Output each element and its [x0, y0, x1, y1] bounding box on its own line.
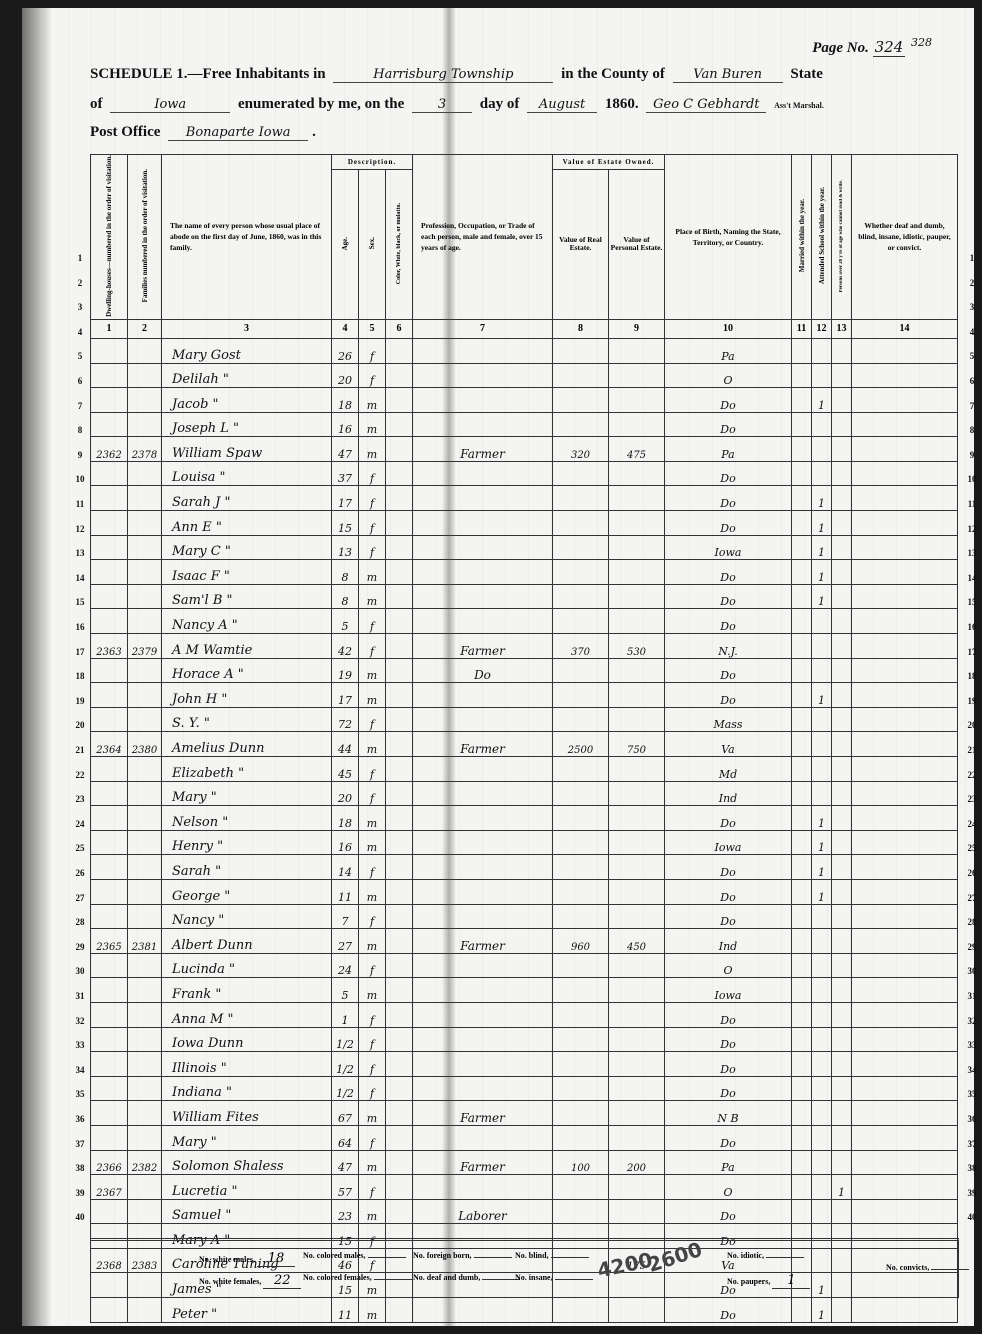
condition-cell — [852, 437, 958, 462]
personal-estate-value-cell — [609, 363, 665, 388]
family-number-cell — [128, 1052, 162, 1077]
birthplace-cell: Do — [665, 486, 792, 511]
married-flag-cell — [792, 732, 812, 757]
family-number-cell — [128, 1125, 162, 1150]
personal-estate-value-cell — [609, 461, 665, 486]
school-flag-cell — [812, 437, 832, 462]
person-name-cell: Amelius Dunn — [162, 732, 332, 757]
occupation-cell — [413, 338, 553, 363]
col-name-header: The name of every person whose usual pla… — [162, 155, 332, 320]
age-cell: 47 — [332, 437, 359, 462]
married-flag-cell — [792, 658, 812, 683]
year-label: 1860. — [605, 96, 639, 112]
illiterate-flag-cell — [832, 609, 852, 634]
real-estate-value-cell — [553, 658, 609, 683]
colored-males-tally: No. colored males, — [303, 1251, 406, 1260]
color-cell — [386, 658, 413, 683]
married-flag-cell — [792, 412, 812, 437]
sex-cell: f — [359, 486, 386, 511]
month-field: August — [527, 97, 597, 113]
line-number-left: 6 — [72, 376, 88, 386]
age-cell: 16 — [332, 830, 359, 855]
married-flag-cell — [792, 535, 812, 560]
column-number: 5 — [359, 319, 386, 338]
school-flag-cell — [812, 1101, 832, 1126]
illiterate-flag-cell — [832, 584, 852, 609]
school-flag-cell — [812, 757, 832, 782]
birthplace-cell: Do — [665, 1027, 792, 1052]
column-number: 13 — [832, 319, 852, 338]
line-number-left: 31 — [72, 991, 88, 1001]
age-cell: 14 — [332, 855, 359, 880]
family-number-cell — [128, 511, 162, 536]
married-flag-cell — [792, 609, 812, 634]
color-cell — [386, 904, 413, 929]
age-cell: 26 — [332, 338, 359, 363]
age-cell: 17 — [332, 683, 359, 708]
sex-cell: f — [359, 781, 386, 806]
age-cell: 45 — [332, 757, 359, 782]
line-number-right: 32 — [964, 1016, 980, 1026]
dwelling-number-cell — [91, 683, 128, 708]
person-name-cell: Solomon Shaless — [162, 1150, 332, 1175]
school-flag-cell — [812, 1027, 832, 1052]
line-number-right: 38 — [964, 1163, 980, 1173]
illiterate-flag-cell — [832, 953, 852, 978]
illiterate-flag-cell — [832, 412, 852, 437]
birthplace-cell: Do — [665, 683, 792, 708]
table-row: Iowa Dunn1/2fDo — [91, 1027, 958, 1052]
sex-cell: f — [359, 1002, 386, 1027]
line-number-right: 30 — [964, 966, 980, 976]
line-number-left: 2 — [72, 278, 88, 288]
occupation-cell — [413, 412, 553, 437]
family-number-cell — [128, 461, 162, 486]
birthplace-cell: Do — [665, 609, 792, 634]
dwelling-number-cell — [91, 806, 128, 831]
line-number-right: 22 — [964, 770, 980, 780]
line-number-left: 13 — [72, 548, 88, 558]
table-row: Samuel "23mLaborerDo — [91, 1199, 958, 1224]
census-body: Mary Gost26fPaDelilah "20fOJacob "18mDo1… — [91, 338, 958, 1322]
line-number-right: 23 — [964, 794, 980, 804]
real-estate-value-cell — [553, 1125, 609, 1150]
dwelling-number-cell — [91, 461, 128, 486]
personal-estate-value-cell — [609, 1125, 665, 1150]
person-name-cell: Nancy " — [162, 904, 332, 929]
condition-cell — [852, 535, 958, 560]
color-cell — [386, 338, 413, 363]
family-number-cell: 2382 — [128, 1150, 162, 1175]
occupation-cell: Farmer — [413, 634, 553, 659]
line-number-right: 39 — [964, 1188, 980, 1198]
personal-estate-value-cell — [609, 1101, 665, 1126]
married-flag-cell — [792, 978, 812, 1003]
dwelling-number-cell — [91, 1052, 128, 1077]
occupation-cell — [413, 904, 553, 929]
person-name-cell: Indiana " — [162, 1076, 332, 1101]
dwelling-number-cell — [91, 1101, 128, 1126]
schedule-header-line-1: SCHEDULE 1.—Free Inhabitants in Harrisbu… — [90, 66, 823, 83]
col-birthplace-header: Place of Birth, Naming the State, Territ… — [665, 155, 792, 320]
married-flag-cell — [792, 830, 812, 855]
personal-estate-value-cell — [609, 781, 665, 806]
column-number: 4 — [332, 319, 359, 338]
family-number-cell: 2380 — [128, 732, 162, 757]
occupation-cell — [413, 388, 553, 413]
person-name-cell: Delilah " — [162, 363, 332, 388]
dwelling-number-cell — [91, 658, 128, 683]
personal-estate-value-cell — [609, 830, 665, 855]
color-cell — [386, 388, 413, 413]
married-flag-cell — [792, 1027, 812, 1052]
condition-cell — [852, 855, 958, 880]
sex-cell: m — [359, 929, 386, 954]
census-page: Page No. 324 328 SCHEDULE 1.—Free Inhabi… — [22, 8, 974, 1326]
personal-estate-value-cell — [609, 1052, 665, 1077]
family-number-cell — [128, 953, 162, 978]
family-number-cell — [128, 486, 162, 511]
dwelling-number-cell — [91, 1298, 128, 1323]
convicts-tally: No. convicts, — [886, 1263, 969, 1272]
sex-cell: f — [359, 338, 386, 363]
birthplace-cell: Do — [665, 1199, 792, 1224]
family-number-cell — [128, 1175, 162, 1200]
color-cell — [386, 511, 413, 536]
day-field: 3 — [412, 97, 472, 113]
personal-estate-value-cell — [609, 658, 665, 683]
dwelling-number-cell — [91, 511, 128, 536]
person-name-cell: Anna M " — [162, 1002, 332, 1027]
occupation-cell: Do — [413, 658, 553, 683]
birthplace-cell: Do — [665, 1076, 792, 1101]
dwelling-number-cell — [91, 412, 128, 437]
condition-cell — [852, 658, 958, 683]
illiterate-flag-cell — [832, 535, 852, 560]
person-name-cell: Nancy A " — [162, 609, 332, 634]
color-cell — [386, 609, 413, 634]
line-number-left: 26 — [72, 868, 88, 878]
condition-cell — [852, 412, 958, 437]
condition-cell — [852, 511, 958, 536]
color-cell — [386, 535, 413, 560]
birthplace-cell: O — [665, 363, 792, 388]
real-estate-value-cell — [553, 1052, 609, 1077]
sex-cell: f — [359, 363, 386, 388]
idiotic-tally: No. idiotic, — [727, 1251, 804, 1260]
condition-cell — [852, 879, 958, 904]
personal-estate-value-cell — [609, 1076, 665, 1101]
personal-estate-value-cell — [609, 388, 665, 413]
column-number: 6 — [386, 319, 413, 338]
married-flag-cell — [792, 584, 812, 609]
line-number-left: 37 — [72, 1139, 88, 1149]
sex-cell: f — [359, 1125, 386, 1150]
age-cell: 7 — [332, 904, 359, 929]
illiterate-flag-cell — [832, 363, 852, 388]
county-field: Van Buren — [673, 67, 783, 83]
occupation-cell: Farmer — [413, 1101, 553, 1126]
person-name-cell: Louisa " — [162, 461, 332, 486]
line-number-right: 20 — [964, 720, 980, 730]
person-name-cell: John H " — [162, 683, 332, 708]
condition-cell — [852, 1002, 958, 1027]
white-females-tally: No. white females, 22 — [199, 1273, 301, 1289]
age-cell: 8 — [332, 584, 359, 609]
occupation-cell — [413, 535, 553, 560]
condition-cell — [852, 806, 958, 831]
line-number-right: 28 — [964, 917, 980, 927]
school-flag-cell — [812, 732, 832, 757]
married-flag-cell — [792, 461, 812, 486]
married-flag-cell — [792, 781, 812, 806]
real-estate-value-cell: 320 — [553, 437, 609, 462]
age-cell: 5 — [332, 609, 359, 634]
illiterate-flag-cell — [832, 732, 852, 757]
col-dwelling-header: Dwelling-houses—numbered in the order of… — [91, 155, 128, 320]
occupation-cell — [413, 486, 553, 511]
condition-cell — [852, 1027, 958, 1052]
table-row: Sarah J "17fDo1 — [91, 486, 958, 511]
color-cell — [386, 1052, 413, 1077]
school-flag-cell — [812, 1002, 832, 1027]
family-number-cell — [128, 560, 162, 585]
paupers-tally: No. paupers, 1 — [727, 1273, 810, 1289]
person-name-cell: Nelson " — [162, 806, 332, 831]
blind-tally: No. blind, — [515, 1251, 589, 1260]
real-estate-value-cell — [553, 953, 609, 978]
condition-cell — [852, 1150, 958, 1175]
personal-estate-value-cell: 475 — [609, 437, 665, 462]
married-flag-cell — [792, 757, 812, 782]
person-name-cell: Samuel " — [162, 1199, 332, 1224]
sex-cell: m — [359, 1199, 386, 1224]
line-number-left: 27 — [72, 893, 88, 903]
state-field: Iowa — [110, 97, 230, 113]
condition-cell — [852, 757, 958, 782]
condition-cell — [852, 732, 958, 757]
condition-cell — [852, 1101, 958, 1126]
line-number-left: 4 — [72, 327, 88, 337]
col-age-header: Age. — [332, 170, 359, 320]
illiterate-flag-cell — [832, 1076, 852, 1101]
line-number-right: 27 — [964, 893, 980, 903]
personal-estate-value-cell — [609, 1199, 665, 1224]
dwelling-number-cell — [91, 560, 128, 585]
line-number-right: 19 — [964, 696, 980, 706]
birthplace-cell: Pa — [665, 1150, 792, 1175]
birthplace-cell: Do — [665, 1052, 792, 1077]
birthplace-cell: N.J. — [665, 634, 792, 659]
illiterate-flag-cell — [832, 1052, 852, 1077]
birthplace-cell: N B — [665, 1101, 792, 1126]
occupation-cell — [413, 1052, 553, 1077]
occupation-cell — [413, 1002, 553, 1027]
birthplace-cell: Mass — [665, 707, 792, 732]
color-cell — [386, 412, 413, 437]
occupation-cell — [413, 511, 553, 536]
color-cell — [386, 732, 413, 757]
school-flag-cell — [812, 1052, 832, 1077]
illiterate-flag-cell — [832, 904, 852, 929]
line-number-left: 15 — [72, 597, 88, 607]
color-cell — [386, 1298, 413, 1323]
school-flag-cell: 1 — [812, 879, 832, 904]
dwelling-number-cell — [91, 1076, 128, 1101]
real-estate-value-cell — [553, 1298, 609, 1323]
dwelling-number-cell — [91, 879, 128, 904]
color-cell — [386, 707, 413, 732]
line-number-left: 18 — [72, 671, 88, 681]
real-estate-value-cell — [553, 363, 609, 388]
table-row: Horace A "19mDoDo — [91, 658, 958, 683]
illiterate-flag-cell — [832, 486, 852, 511]
column-number: 7 — [413, 319, 553, 338]
col-married-header: Married within the year. — [792, 155, 812, 320]
line-number-right: 31 — [964, 991, 980, 1001]
birthplace-cell: Do — [665, 658, 792, 683]
occupation-cell — [413, 757, 553, 782]
line-number-right: 8 — [964, 425, 980, 435]
color-cell — [386, 363, 413, 388]
line-number-right: 33 — [964, 1040, 980, 1050]
table-row: Nancy A "5fDo — [91, 609, 958, 634]
occupation-cell: Farmer — [413, 437, 553, 462]
line-number-left: 25 — [72, 843, 88, 853]
line-number-left: 35 — [72, 1089, 88, 1099]
personal-estate-value-cell — [609, 1175, 665, 1200]
real-estate-value-cell — [553, 879, 609, 904]
birthplace-cell: Do — [665, 584, 792, 609]
person-name-cell: Mary " — [162, 781, 332, 806]
illiterate-flag-cell — [832, 707, 852, 732]
sex-cell: m — [359, 732, 386, 757]
family-number-cell — [128, 879, 162, 904]
table-row: Lucinda "24fO — [91, 953, 958, 978]
illiterate-flag-cell — [832, 1027, 852, 1052]
color-cell — [386, 929, 413, 954]
occupation-cell — [413, 560, 553, 585]
color-cell — [386, 879, 413, 904]
married-flag-cell — [792, 511, 812, 536]
condition-cell — [852, 830, 958, 855]
description-header: Description. — [332, 155, 413, 170]
real-estate-value-cell: 100 — [553, 1150, 609, 1175]
personal-estate-value-cell — [609, 953, 665, 978]
real-estate-value-cell — [553, 1027, 609, 1052]
line-number-left: 3 — [72, 302, 88, 312]
illiterate-flag-cell — [832, 388, 852, 413]
occupation-cell — [413, 1298, 553, 1323]
illiterate-flag-cell — [832, 1150, 852, 1175]
school-flag-cell: 1 — [812, 535, 832, 560]
table-row: Indiana "1/2fDo — [91, 1076, 958, 1101]
personal-estate-value-cell — [609, 338, 665, 363]
condition-cell — [852, 904, 958, 929]
real-estate-value-cell — [553, 511, 609, 536]
family-number-cell — [128, 412, 162, 437]
condition-cell — [852, 388, 958, 413]
line-number-right: 13 — [964, 548, 980, 558]
real-estate-value-cell — [553, 412, 609, 437]
schedule-header-line-3: Post Office Bonaparte Iowa. — [90, 124, 316, 141]
real-estate-value-cell — [553, 486, 609, 511]
dwelling-number-cell — [91, 535, 128, 560]
dwelling-number-cell — [91, 1027, 128, 1052]
family-number-cell — [128, 806, 162, 831]
family-number-cell — [128, 338, 162, 363]
sex-cell: m — [359, 388, 386, 413]
color-cell — [386, 757, 413, 782]
table-row: Henry "16mIowa1 — [91, 830, 958, 855]
column-number: 1 — [91, 319, 128, 338]
col-illiterate-header: Persons over 20 y'rs of age who cannot r… — [832, 155, 852, 320]
table-row: S. Y. "72fMass — [91, 707, 958, 732]
occupation-cell — [413, 806, 553, 831]
birthplace-cell: Do — [665, 461, 792, 486]
line-number-right: 3 — [964, 302, 980, 312]
color-cell — [386, 855, 413, 880]
real-estate-value-cell — [553, 609, 609, 634]
color-cell — [386, 1150, 413, 1175]
color-cell — [386, 806, 413, 831]
white-females-value: 22 — [263, 1273, 301, 1289]
real-estate-value-cell: 960 — [553, 929, 609, 954]
color-cell — [386, 461, 413, 486]
school-flag-cell — [812, 781, 832, 806]
birthplace-cell: Ind — [665, 781, 792, 806]
line-number-right: 25 — [964, 843, 980, 853]
line-number-left: 14 — [72, 573, 88, 583]
sex-cell: f — [359, 1076, 386, 1101]
personal-estate-value-cell — [609, 511, 665, 536]
occupation-cell — [413, 363, 553, 388]
person-name-cell: Mary C " — [162, 535, 332, 560]
occupation-cell — [413, 855, 553, 880]
person-name-cell: Mary Gost — [162, 338, 332, 363]
table-row: Jacob "18mDo1 — [91, 388, 958, 413]
illiterate-flag-cell — [832, 437, 852, 462]
person-name-cell: William Fites — [162, 1101, 332, 1126]
age-cell: 23 — [332, 1199, 359, 1224]
line-number-right: 5 — [964, 351, 980, 361]
sex-cell: f — [359, 511, 386, 536]
age-cell: 11 — [332, 1298, 359, 1323]
school-flag-cell — [812, 929, 832, 954]
birthplace-cell: Va — [665, 732, 792, 757]
personal-estate-value-cell — [609, 584, 665, 609]
table-row: Peter "11mDo1 — [91, 1298, 958, 1323]
person-name-cell: Isaac F " — [162, 560, 332, 585]
sex-cell: m — [359, 806, 386, 831]
county-label: in the County of — [561, 66, 665, 82]
sex-cell: f — [359, 904, 386, 929]
dwelling-number-cell — [91, 1002, 128, 1027]
condition-cell — [852, 1125, 958, 1150]
birthplace-cell: Do — [665, 855, 792, 880]
condition-cell — [852, 609, 958, 634]
line-number-right: 1 — [964, 253, 980, 263]
illiterate-flag-cell — [832, 634, 852, 659]
real-estate-value-cell: 2500 — [553, 732, 609, 757]
family-number-cell — [128, 683, 162, 708]
condition-cell — [852, 683, 958, 708]
table-row: 23622378William Spaw47mFarmer320475Pa — [91, 437, 958, 462]
family-number-cell — [128, 388, 162, 413]
school-flag-cell — [812, 1150, 832, 1175]
age-cell: 8 — [332, 560, 359, 585]
table-row: Anna M "1fDo — [91, 1002, 958, 1027]
